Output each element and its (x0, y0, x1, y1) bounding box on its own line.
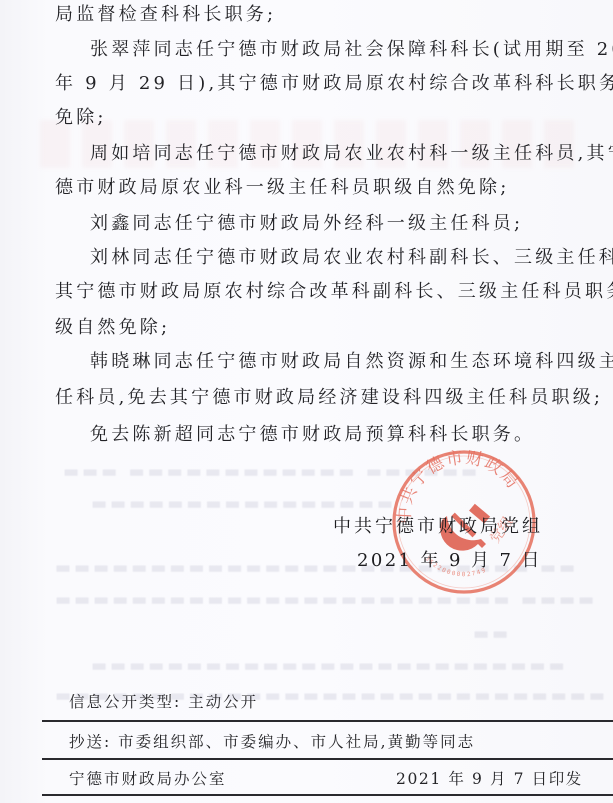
body-line: 免除; (55, 107, 107, 129)
issue-date: 2021 年 9 月 7 日印发 (396, 769, 583, 789)
reverse-side-bleed-text: ▬▬▬▬▬▬▬▬▬▬▬▬▬▬▬▬ (88, 494, 393, 514)
signing-organization: 中共宁德市财政局党组 (333, 516, 543, 538)
body-line: 德市财政局原农业科一级主任科员职级自然免除; (55, 177, 509, 199)
footer-divider (42, 758, 613, 760)
body-line: 张翠萍同志任宁德市财政局社会保障科科长(试用期至 2021 (90, 39, 613, 61)
body-line: 局监督检查科科长职务; (55, 4, 276, 26)
disclosure-type: 信息公开类型: 主动公开 (69, 692, 258, 712)
reverse-side-bleed-text: ▬▬▬▬▬▬▬▬▬▬▬▬▬▬▬▬▬▬▬▬▬▬▬▬▬ (88, 656, 565, 676)
body-line: 周如培同志任宁德市财政局农业农村科一级主任科员,其宁 (90, 143, 613, 165)
scanned-document-page: ▬▬▬▬▬▬ ▬▬▬▬▬▬▬▬▬▬▬▬ ▬▬▬ ▬▬▬▬▬▬▬▬▬▬▬▬▬▬▬▬… (0, 0, 613, 803)
cc-recipients: 抄送: 市委组织部、市委编办、市人社局,黄勤等同志 (69, 732, 475, 752)
body-line: 其宁德市财政局原农村综合改革科副科长、三级主任科员职务职 (55, 281, 613, 303)
svg-text:中共宁德市财政局: 中共宁德市财政局 (395, 448, 523, 525)
signing-date: 2021 年 9 月 7 日 (357, 550, 542, 572)
body-line: 刘林同志任宁德市财政局农业农村科副科长、三级主任科员, (90, 247, 613, 269)
body-line: 韩晓琳同志任宁德市财政局自然资源和生态环境科四级主 (90, 351, 613, 373)
body-line: 级自然免除; (55, 317, 170, 339)
footer-divider (42, 720, 613, 722)
body-line: 任科员,免去其宁德市财政局经济建设科四级主任科员职级; (55, 387, 603, 409)
body-line: 免去陈新超同志宁德市财政局预算科科长职务。 (90, 424, 535, 446)
reverse-side-bleed-text: ▬▬ (470, 624, 508, 644)
body-line: 年 9 月 29 日),其宁德市财政局原农村综合改革科科长职务自然 (55, 73, 613, 95)
body-line: 刘鑫同志任宁德市财政局外经科一级主任科员; (90, 213, 523, 235)
issuing-office: 宁德市财政局办公室 (69, 769, 227, 789)
footer-divider (42, 794, 613, 796)
